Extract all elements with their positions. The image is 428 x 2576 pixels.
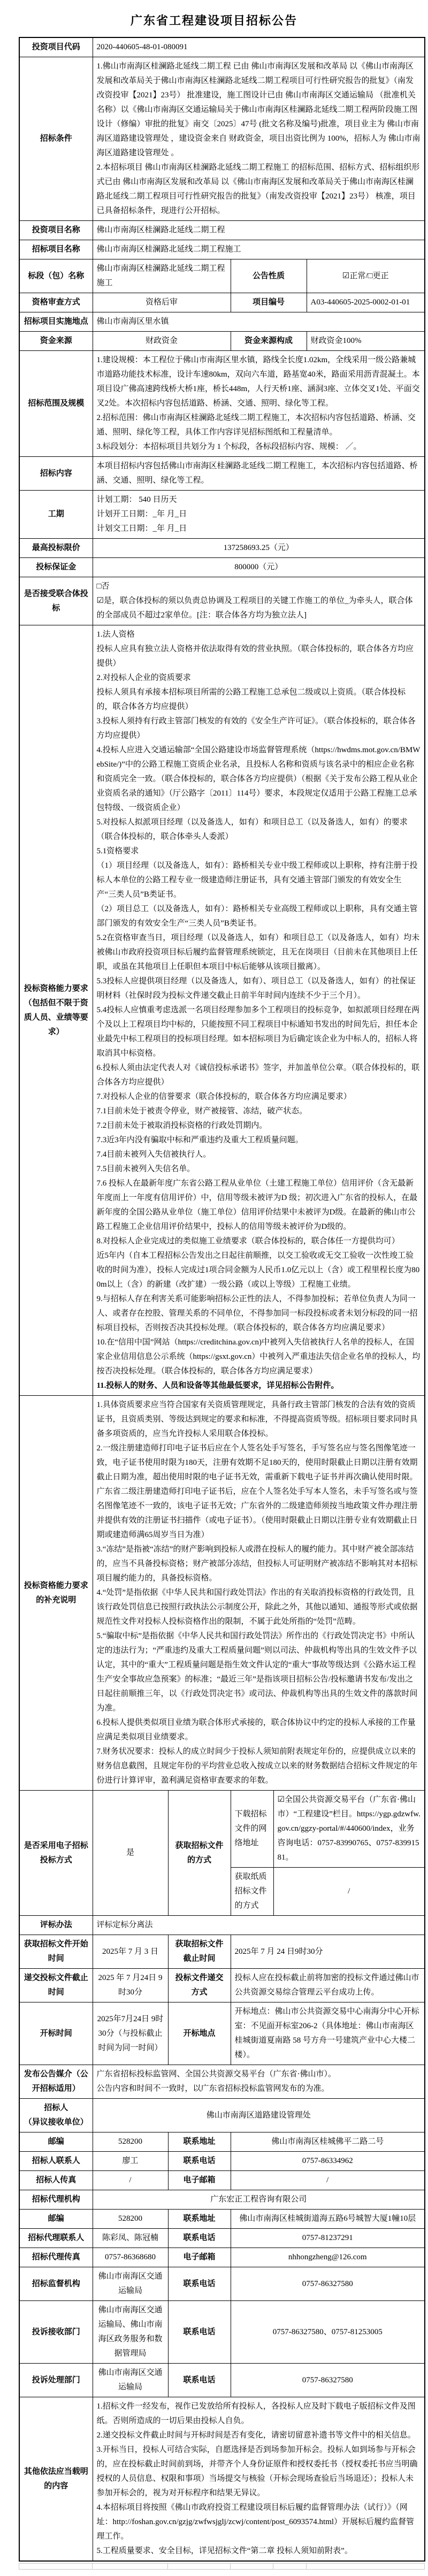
tenderer-postcode-value: 528200: [93, 2132, 168, 2152]
e-bidding-value: 是: [93, 1791, 168, 1916]
obtain-end-value: 2025年 7 月 24 日9时30分: [231, 1935, 425, 1969]
submission-method-label: 投标文件递交方式: [168, 1969, 231, 2002]
supervision-label: 招标监督机构: [19, 2267, 93, 2301]
row-duration: 工期 计划工期： 540 日历天 计划开工日期：_年 月_日 计划交工日期：_年…: [19, 491, 425, 539]
consortium-value: □否 ☑是，联合体投标的须以负责总协调及工程项目的关键工作施工的单位_为牵头人，…: [93, 577, 425, 625]
supervision-tel-label: 联系电话: [168, 2267, 231, 2301]
table-remnant-row: [19, 2563, 425, 2570]
funding-value: 财政资金: [93, 332, 231, 351]
scope-label: 招标范围及规模: [19, 351, 93, 457]
row-opening: 开标时间 2025年7月24日 9时30分（与投标截止时间为同一时间） 开标地点…: [19, 2002, 425, 2065]
row-tender-project-name: 招标项目名称 佛山市南海区桂澜路北延线二期工程施工: [19, 240, 425, 259]
tenderer-email-value: /: [231, 2171, 425, 2190]
supervision-value: 佛山市南海区交通运输局: [93, 2267, 168, 2301]
tenderer-postcode-label: 邮编: [19, 2132, 93, 2152]
obtain-end-label: 获取招标文件截止时间: [168, 1935, 231, 1969]
remnant-cell: [273, 2564, 307, 2570]
tender-conditions-label: 招标条件: [19, 57, 93, 221]
consortium-label: 是否接受联合体投标: [19, 577, 93, 625]
tenderer-value: 佛山市南海区道路建设管理处: [93, 2099, 425, 2132]
complaint-handle-tel-value: 0757-86327580: [231, 2364, 425, 2397]
row-agency-postcode: 邮编 528200 联系地址 佛山市南海区桂城街道海五路6号城智大厦1幢10层: [19, 2210, 425, 2229]
supervision-tel-value: 0757-86327580: [231, 2267, 425, 2301]
obtain-start-label: 获取招标文件开始时间: [19, 1935, 93, 1969]
row-project-code: 投资项目代码 2020-440605-48-01-080091: [19, 37, 425, 57]
complaint-receive-tel-label: 联系电话: [168, 2301, 231, 2364]
tender-project-name-value: 佛山市南海区桂澜路北延线二期工程施工: [93, 240, 425, 259]
agency-address-value: 佛山市南海区桂城街道海五路6号城智大厦1幢10层: [231, 2210, 425, 2229]
submission-deadline-value: 2025 年 7 月24日 9时30分: [93, 1969, 168, 2002]
complaint-receive-tel-value: 0757-86327580、0757-81253005: [231, 2301, 425, 2364]
row-other: 其他依法应当载明的内容 1.招标文件一经发布，视作已发放给所有投标人，各投标人应…: [19, 2397, 425, 2562]
capability-supplement-value: 1.具体资质要求应当符合国家有关资质管理规定，具备行政主管部门核发的合法有效的资…: [93, 1396, 425, 1791]
project-code-value: 2020-440605-48-01-080091: [93, 37, 425, 57]
tenderer-tel-label: 联系电话: [168, 2152, 231, 2171]
tender-conditions-value: 1.佛山市南海区桂澜路北延线二期工程 已由 佛山市南海区发展和改革局 以《佛山市…: [93, 57, 425, 221]
tenderer-address-value: 佛山市南海区桂城佛平二路二号: [231, 2132, 425, 2152]
opening-time-label: 开标时间: [19, 2002, 93, 2065]
row-location: 招标项目实施地点 佛山市南海区里水镇: [19, 312, 425, 332]
row-tenderer-fax: 招标人传真 / 电子邮箱 /: [19, 2171, 425, 2190]
agency-tel-value: 0757-81237291: [231, 2229, 425, 2248]
other-label: 其他依法应当载明的内容: [19, 2397, 93, 2562]
row-evaluation-method: 评标办法 评标定标分离法: [19, 1916, 425, 1935]
row-submission: 递交投标文件截止时间 2025 年 7 月24日 9时30分 投标文件递交方式 …: [19, 1969, 425, 2002]
agency-contact-value: 陈彩凤、陈冠楠: [93, 2229, 168, 2248]
invest-project-name-value: 佛山市南海区桂澜路北延线二期工程: [93, 221, 425, 240]
row-tenderer-contact: 招标人联系人 廖工 联系电话 0757-86334962: [19, 2152, 425, 2171]
agency-fax-value: 0757-86368680: [93, 2248, 168, 2267]
project-no-label: 项目编号: [231, 293, 307, 312]
row-bid-bond: 投标保证金 800000（元）: [19, 558, 425, 577]
qualification-review-value: 资格后审: [93, 293, 231, 312]
row-agency-contact: 招标代理联系人 陈彩凤、陈冠楠 联系电话 0757-81237291: [19, 2229, 425, 2248]
capability-value: 1.法人资格 投标人应具有独立法人资格并依法取得有效的营业执照。（联合体投标的，…: [93, 625, 425, 1396]
location-label: 招标项目实施地点: [19, 312, 93, 332]
submission-deadline-label: 递交投标文件截止时间: [19, 1969, 93, 2002]
notice-nature-label: 公告性质: [231, 259, 307, 293]
announcement-table: 投资项目代码 2020-440605-48-01-080091 招标条件 1.佛…: [19, 37, 425, 2562]
tenderer-contact-label: 招标人联系人: [19, 2152, 93, 2171]
tender-project-name-label: 招标项目名称: [19, 240, 93, 259]
max-price-value: 137258693.25（元）: [93, 539, 425, 558]
bid-bond-label: 投标保证金: [19, 558, 93, 577]
duration-value: 计划工期： 540 日历天 计划开工日期：_年 月_日 计划交工日期：_年 月_…: [93, 491, 425, 539]
agency-address-label: 联系地址: [168, 2210, 231, 2229]
project-code-label: 投资项目代码: [19, 37, 93, 57]
row-tenderer: 招标人 （异议接收单位） 佛山市南海区道路建设管理处: [19, 2099, 425, 2132]
tenderer-fax-label: 招标人传真: [19, 2171, 93, 2190]
agency-email-label: 电子邮箱: [168, 2248, 231, 2267]
location-value: 佛山市南海区里水镇: [93, 312, 425, 332]
agency-label: 招标代理机构: [19, 2190, 93, 2210]
row-content: 招标内容 本项目招标内容包括佛山市南海区桂澜路北延线二期工程施工，本次招标内容包…: [19, 457, 425, 491]
row-complaint-handle: 投诉处理部门 佛山市南海区交通运输局 联系电话 0757-86327580: [19, 2364, 425, 2397]
opening-place-label: 开标地点: [168, 2002, 231, 2065]
evaluation-method-label: 评标办法: [19, 1916, 93, 1935]
remnant-cell: [93, 2564, 168, 2570]
row-agency: 招标代理机构 广东宏正工程咨询有限公司: [19, 2190, 425, 2210]
opening-time-value: 2025年7月24日 9时30分（与投标截止时间为同一时间）: [93, 2002, 168, 2065]
agency-tel-label: 联系电话: [168, 2229, 231, 2248]
agency-email-value: nhhongzheng@126.com: [231, 2248, 425, 2267]
row-scope: 招标范围及规模 1.建设规模：本工程位于佛山市南海区里水镇，路线全长度1.02k…: [19, 351, 425, 457]
capability-requirements-text: 1.法人资格 投标人应具有独立法人资格并依法取得有效的营业执照。（联合体投标的，…: [97, 628, 421, 1379]
tenderer-tel-value: 0757-86334962: [231, 2152, 425, 2171]
row-section: 标段（包）名称 佛山市南海区桂澜路北延线二期工程施工 公告性质 ☑正常/□更正: [19, 259, 425, 293]
content-value: 本项目招标内容包括佛山市南海区桂澜路北延线二期工程施工，本次招标内容包括道路、桥…: [93, 457, 425, 491]
other-value: 1.招标文件一经发布，视作已发放给所有投标人，各投标人应及时下载电子版招标文件及…: [93, 2397, 425, 2562]
tenderer-label: 招标人 （异议接收单位）: [19, 2099, 93, 2132]
notice-nature-value: ☑正常/□更正: [307, 259, 425, 293]
tenderer-fax-value: /: [93, 2171, 168, 2190]
row-max-price: 最高投标限价 137258693.25（元）: [19, 539, 425, 558]
bid-bond-value: 800000（元）: [93, 558, 425, 577]
invest-project-name-label: 投资项目名称: [19, 221, 93, 240]
row-qualification-review: 资格审查方式 资格后审 项目编号 A03-440605-2025-0002-01…: [19, 293, 425, 312]
obtain-start-value: 2025年 7 月 3 日: [93, 1935, 168, 1969]
tenderer-email-label: 电子邮箱: [168, 2171, 231, 2190]
row-tender-conditions: 招标条件 1.佛山市南海区桂澜路北延线二期工程 已由 佛山市南海区发展和改革局 …: [19, 57, 425, 221]
complaint-handle-label: 投诉处理部门: [19, 2364, 93, 2397]
row-invest-project-name: 投资项目名称 佛山市南海区桂澜路北延线二期工程: [19, 221, 425, 240]
max-price-label: 最高投标限价: [19, 539, 93, 558]
page-title: 广东省工程建设项目招标公告: [0, 12, 428, 28]
funding-composition-label: 资金来源构成: [231, 332, 307, 351]
download-address-label: 下载招标文件的网络地址: [231, 1791, 273, 1868]
complaint-receive-value: 佛山市南海区交通运输局、佛山市南海区政务服务和数据管理局: [93, 2301, 168, 2364]
media-label: 发布公告媒介（公开招标适用）: [19, 2065, 93, 2099]
complaint-handle-value: 佛山市南海区交通运输局: [93, 2364, 168, 2397]
complaint-receive-label: 投诉接收部门: [19, 2301, 93, 2364]
project-no-value: A03-440605-2025-0002-01-01: [307, 293, 425, 312]
row-obtain-time: 获取招标文件开始时间 2025年 7 月 3 日 获取招标文件截止时间 2025…: [19, 1935, 425, 1969]
remnant-cell: [19, 2564, 93, 2570]
row-consortium: 是否接受联合体投标 □否 ☑是，联合体投标的须以负责总协调及工程项目的关键工作施…: [19, 577, 425, 625]
content-label: 招标内容: [19, 457, 93, 491]
row-e-bidding: 是否采用电子招标投标方式 是 获取招标文件的方式 下载招标文件的网络地址 ☑全国…: [19, 1791, 425, 1868]
opening-place-value: 开标地点：佛山市公共资源交易中心南海分中心开标室：不见面开标室206-2（具体地…: [231, 2002, 425, 2065]
capability-label: 投标资格能力要求（包括但不限于资质人员、业绩等要求）: [19, 625, 93, 1396]
agency-contact-label: 招标代理联系人: [19, 2229, 93, 2248]
row-funding: 资金来源 财政资金 资金来源构成 财政资金100%: [19, 332, 425, 351]
obtain-docs-label: 获取招标文件的方式: [168, 1791, 231, 1916]
qualification-review-label: 资格审查方式: [19, 293, 93, 312]
row-tenderer-postcode: 邮编 528200 联系地址 佛山市南海区桂城佛平二路二号: [19, 2132, 425, 2152]
download-address-value: ☑全国公共资源交易平台（广东省·佛山市）“工程建设”栏目。https://ygp…: [273, 1791, 425, 1868]
capability-bold-note: 11.投标人的财务、人员和设备等其他最低要求，详见招标公告附件。: [97, 1379, 421, 1393]
paper-docs-label: 获取纸质招标文件的方式: [231, 1868, 273, 1916]
funding-label: 资金来源: [19, 332, 93, 351]
agency-fax-label: 招标代理传真: [19, 2248, 93, 2267]
complaint-handle-tel-label: 联系电话: [168, 2364, 231, 2397]
duration-label: 工期: [19, 491, 93, 539]
remnant-cell: [168, 2564, 231, 2570]
row-complaint-receive: 投诉接收部门 佛山市南海区交通运输局、佛山市南海区政务服务和数据管理局 联系电话…: [19, 2301, 425, 2364]
remnant-cell: [231, 2564, 273, 2570]
paper-docs-value: /: [273, 1868, 425, 1916]
media-value: 广东省招标投标监管网、全国公共资源交易平台（广东省·佛山市）。 公告内容和时间不…: [93, 2065, 425, 2099]
funding-composition-value: 财政资金100%: [307, 332, 425, 351]
submission-method-value: 投标人应在投标截止前将加密的投标文件通过佛山市公共资源交易综合管理云平台成功上传…: [231, 1969, 425, 2002]
section-label: 标段（包）名称: [19, 259, 93, 293]
row-media: 发布公告媒介（公开招标适用） 广东省招标投标监管网、全国公共资源交易平台（广东省…: [19, 2065, 425, 2099]
row-agency-fax: 招标代理传真 0757-86368680 电子邮箱 nhhongzheng@12…: [19, 2248, 425, 2267]
tenderer-address-label: 联系地址: [168, 2132, 231, 2152]
announcement-page: 广东省工程建设项目招标公告 投资项目代码 2020-440605-48-01-0…: [0, 0, 428, 2570]
capability-supplement-label: 投标资格能力要求的补充说明: [19, 1396, 93, 1791]
remnant-cell: [307, 2564, 425, 2570]
row-capability-supplement: 投标资格能力要求的补充说明 1.具体资质要求应当符合国家有关资质管理规定，具备行…: [19, 1396, 425, 1791]
row-supervision: 招标监督机构 佛山市南海区交通运输局 联系电话 0757-86327580: [19, 2267, 425, 2301]
agency-postcode-label: 邮编: [19, 2210, 93, 2229]
agency-value: 广东宏正工程咨询有限公司: [93, 2190, 425, 2210]
e-bidding-label: 是否采用电子招标投标方式: [19, 1791, 93, 1916]
evaluation-method-value: 评标定标分离法: [93, 1916, 425, 1935]
row-capability: 投标资格能力要求（包括但不限于资质人员、业绩等要求） 1.法人资格 投标人应具有…: [19, 625, 425, 1396]
scope-value: 1.建设规模：本工程位于佛山市南海区里水镇，路线全长度1.02km，全线采用一级…: [93, 351, 425, 457]
tenderer-contact-value: 廖工: [93, 2152, 168, 2171]
section-value: 佛山市南海区桂澜路北延线二期工程施工: [93, 259, 231, 293]
agency-postcode-value: 528200: [93, 2210, 168, 2229]
